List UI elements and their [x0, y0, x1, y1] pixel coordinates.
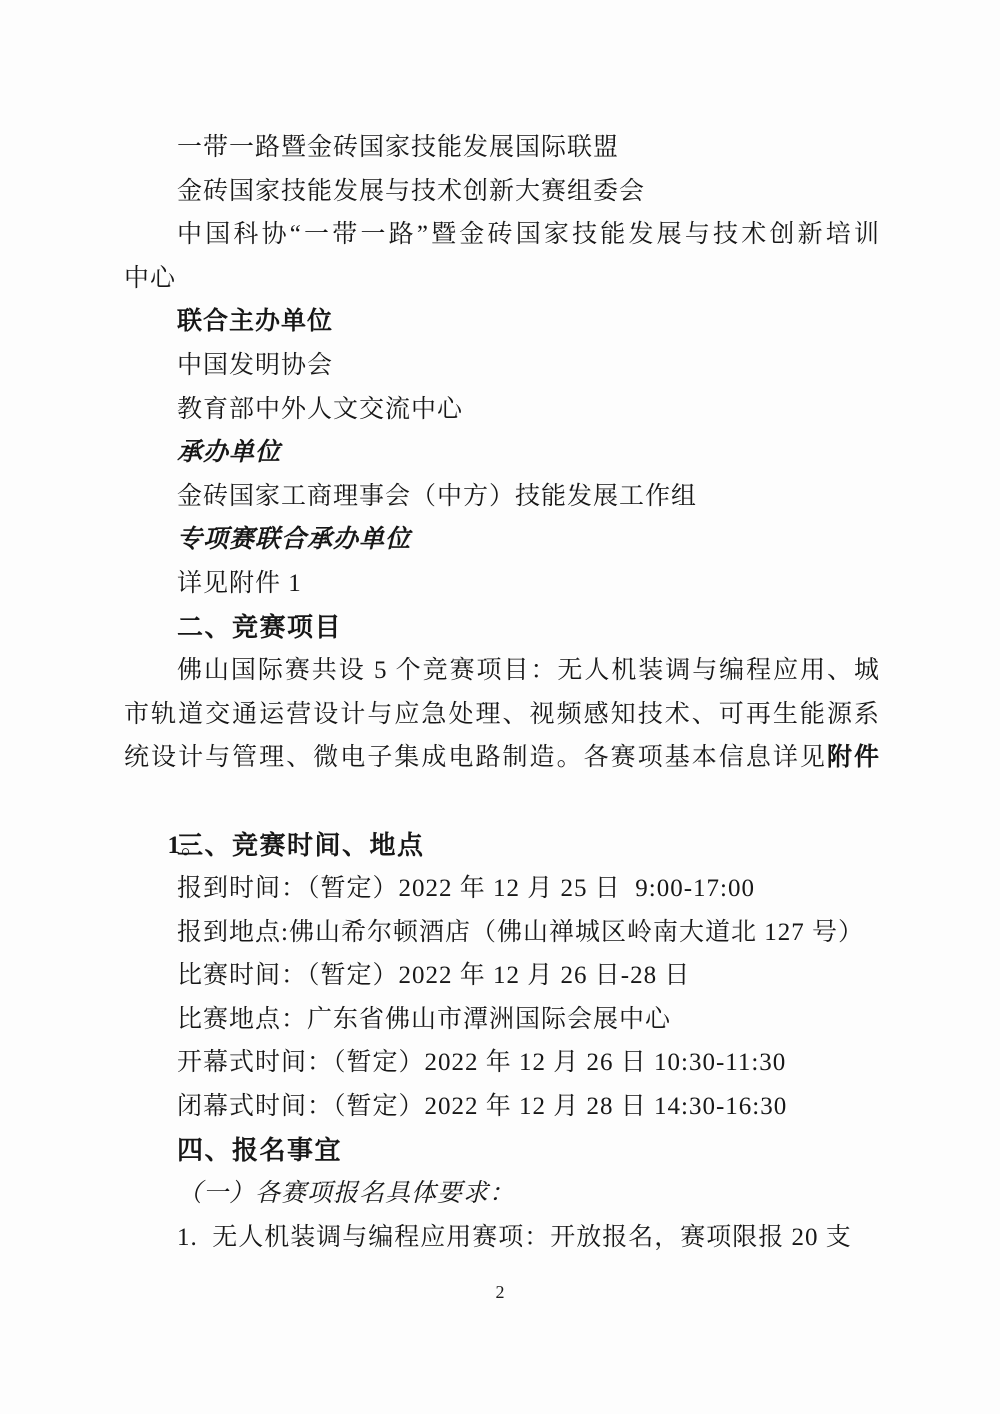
org-line-center-wrap: 中心 [124, 257, 880, 301]
paragraph-events-line-4: 1。 [124, 780, 880, 824]
org-line-alliance: 一带一路暨金砖国家技能发展国际联盟 [124, 126, 880, 170]
paragraph-events-attachment-bold: 附件 [827, 744, 880, 771]
item-line-uav-event: 1. 无人机装调与编程应用赛项：开放报名，赛项限报 20 支 [124, 1216, 880, 1260]
text-see-attachment-1: 详见附件 1 [124, 562, 880, 606]
heading-co-host-units: 联合主办单位 [124, 300, 880, 344]
subsection-heading-registration-requirements: （一）各赛项报名具体要求： [124, 1172, 880, 1216]
org-line-cast-training: 中国科协“一带一路”暨金砖国家技能发展与技术创新培训 [124, 213, 880, 257]
info-line-checkin-place: 报到地点:佛山希尔顿酒店（佛山禅城区岭南大道北 127 号） [124, 911, 880, 955]
heading-organizer-unit: 承办单位 [124, 431, 880, 475]
section-heading-4-registration: 四、报名事宜 [124, 1129, 880, 1173]
info-line-checkin-time: 报到时间：（暂定）2022 年 12 月 25 日 9:00-17:00 [124, 867, 880, 911]
org-line-invention-assoc: 中国发明协会 [124, 344, 880, 388]
page-number: 2 [0, 1282, 1000, 1303]
document-page: 一带一路暨金砖国家技能发展国际联盟 金砖国家技能发展与技术创新大赛组委会 中国科… [0, 0, 1000, 1414]
info-line-closing-ceremony: 闭幕式时间：（暂定）2022 年 12 月 28 日 14:30-16:30 [124, 1085, 880, 1129]
org-line-committee: 金砖国家技能发展与技术创新大赛组委会 [124, 170, 880, 214]
info-line-opening-ceremony: 开幕式时间：（暂定）2022 年 12 月 26 日 10:30-11:30 [124, 1041, 880, 1085]
paragraph-events-line-3-text: 统设计与管理、微电子集成电路制造。各赛项基本信息详见 [124, 744, 827, 771]
section-heading-3-time-place: 三、竞赛时间、地点 [124, 824, 880, 868]
org-line-moe-center: 教育部中外人文交流中心 [124, 388, 880, 432]
info-line-competition-time: 比赛时间：（暂定）2022 年 12 月 26 日-28 日 [124, 954, 880, 998]
paragraph-events-line-3: 统设计与管理、微电子集成电路制造。各赛项基本信息详见附件 [124, 736, 880, 780]
org-line-brics-council: 金砖国家工商理事会（中方）技能发展工作组 [124, 475, 880, 519]
document-body: 一带一路暨金砖国家技能发展国际联盟 金砖国家技能发展与技术创新大赛组委会 中国科… [124, 126, 880, 1259]
paragraph-events-line-1: 佛山国际赛共设 5 个竞赛项目：无人机装调与编程应用、城 [124, 649, 880, 693]
section-heading-2-competition-events: 二、竞赛项目 [124, 606, 880, 650]
info-line-competition-place: 比赛地点：广东省佛山市潭洲国际会展中心 [124, 998, 880, 1042]
paragraph-events-line-2: 市轨道交通运营设计与应急处理、视频感知技术、可再生能源系 [124, 693, 880, 737]
heading-special-co-organizers: 专项赛联合承办单位 [124, 518, 880, 562]
